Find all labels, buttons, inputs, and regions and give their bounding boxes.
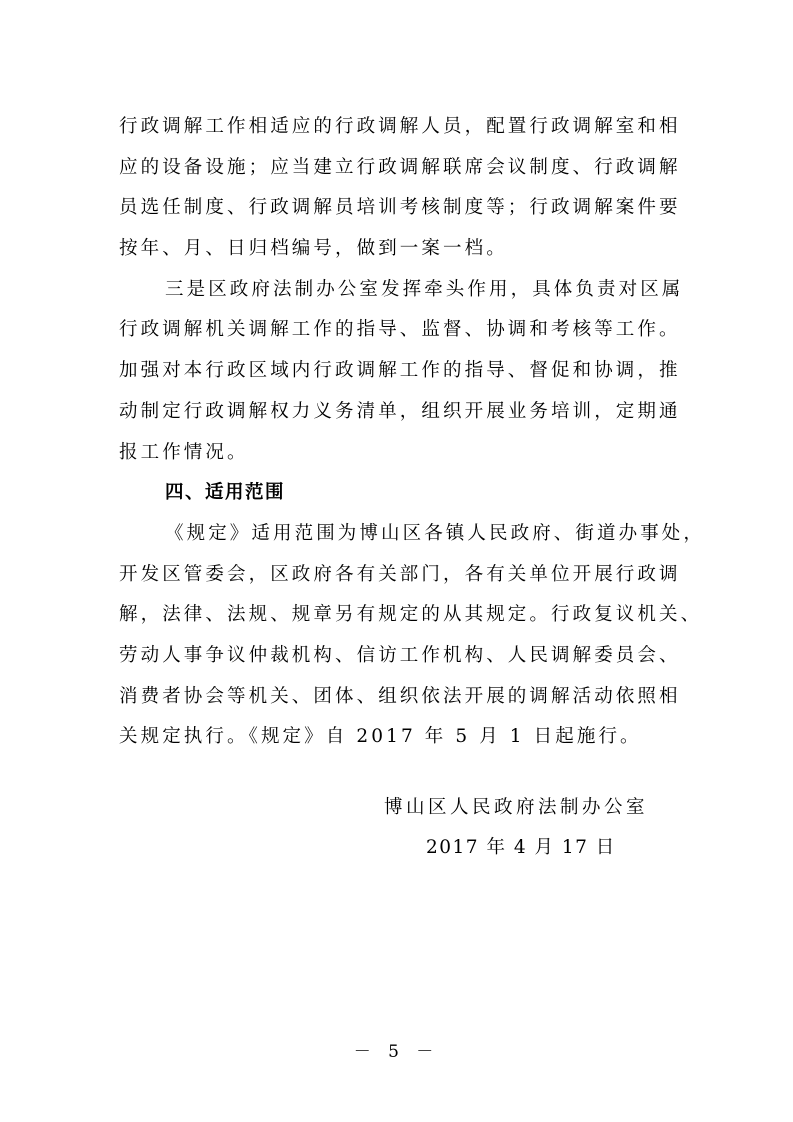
signature-organization: 博山区人民政府法制办公室 bbox=[384, 798, 648, 818]
text-line: 劳动人事争议仲裁机构、信访工作机构、人民调解委员会、 bbox=[119, 636, 679, 677]
text-line: 行政调解工作相适应的行政调解人员，配置行政调解室和相 bbox=[119, 107, 679, 148]
text-line: 动制定行政调解权力义务清单，组织开展业务培训，定期通 bbox=[119, 392, 679, 433]
signature-date: 2017 年 4 月 17 日 bbox=[426, 838, 616, 858]
section-four: 四、适用范围 《规定》适用范围为博山区各镇人民政府、街道办事处， 开发区管委会，… bbox=[119, 473, 679, 758]
text-line: 加强对本行政区域内行政调解工作的指导、督促和协调，推 bbox=[119, 351, 679, 392]
paragraph-three: 三是区政府法制办公室发挥牵头作用，具体负责对区属 行政调解机关调解工作的指导、监… bbox=[119, 270, 679, 473]
text-line: 员选任制度、行政调解员培训考核制度等；行政调解案件要 bbox=[119, 188, 679, 229]
page-number: － 5 － bbox=[0, 1042, 793, 1062]
text-line: 《规定》适用范围为博山区各镇人民政府、街道办事处， bbox=[119, 514, 679, 555]
section-heading: 四、适用范围 bbox=[119, 473, 679, 514]
text-line: 开发区管委会，区政府各有关部门，各有关单位开展行政调 bbox=[119, 555, 679, 596]
paragraph-continuation: 行政调解工作相适应的行政调解人员，配置行政调解室和相 应的设备设施；应当建立行政… bbox=[119, 107, 679, 270]
text-line: 关规定执行。《规定》自 2017 年 5 月 1 日起施行。 bbox=[119, 717, 679, 758]
text-line: 三是区政府法制办公室发挥牵头作用，具体负责对区属 bbox=[119, 270, 679, 311]
text-line: 报工作情况。 bbox=[119, 433, 679, 474]
document-page: 行政调解工作相适应的行政调解人员，配置行政调解室和相 应的设备设施；应当建立行政… bbox=[0, 0, 793, 1122]
text-line: 按年、月、日归档编号，做到一案一档。 bbox=[119, 229, 679, 270]
text-line: 行政调解机关调解工作的指导、监督、协调和考核等工作。 bbox=[119, 310, 679, 351]
text-line: 消费者协会等机关、团体、组织依法开展的调解活动依照相 bbox=[119, 677, 679, 718]
document-body: 行政调解工作相适应的行政调解人员，配置行政调解室和相 应的设备设施；应当建立行政… bbox=[119, 107, 679, 758]
text-line: 解，法律、法规、规章另有规定的从其规定。行政复议机关、 bbox=[119, 595, 679, 636]
text-line: 应的设备设施；应当建立行政调解联席会议制度、行政调解 bbox=[119, 148, 679, 189]
